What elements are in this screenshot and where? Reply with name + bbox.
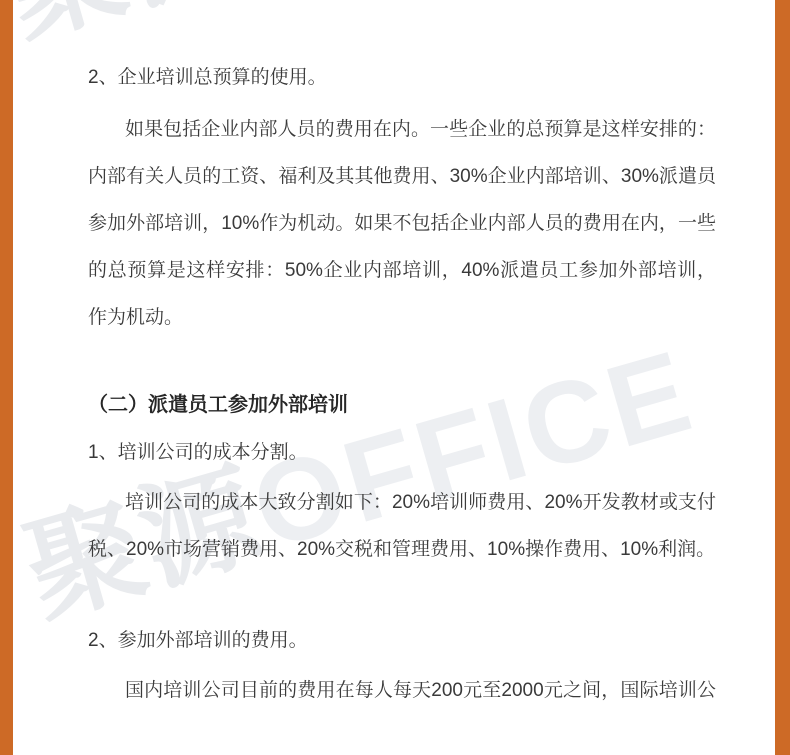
paragraph-line: 培训公司的成本大致分割如下：20%培训师费用、20%开发教材或支付版 <box>88 479 716 526</box>
section2-sub1-paragraph: 培训公司的成本大致分割如下：20%培训师费用、20%开发教材或支付版 税、20%… <box>88 479 716 573</box>
document-content: 2、企业培训总预算的使用。 如果包括企业内部人员的费用在内。一些企业的总预算是这… <box>88 66 716 714</box>
paragraph-line: 内部有关人员的工资、福利及其其他费用、30%企业内部培训、30%派遣员工 <box>88 153 716 200</box>
right-page-border <box>775 0 790 755</box>
left-page-border <box>0 0 13 755</box>
paragraph-line: 作为机动。 <box>88 294 716 341</box>
paragraph-line: 的总预算是这样安排：50%企业内部培训，40%派遣员工参加外部培训，10% <box>88 247 716 294</box>
section1-heading: 2、企业培训总预算的使用。 <box>88 66 716 90</box>
paragraph-line: 如果包括企业内部人员的费用在内。一些企业的总预算是这样安排的：30% <box>88 106 716 153</box>
document-page: 聚源OFFICE 聚源OFFICE 2、企业培训总预算的使用。 如果包括企业内部… <box>0 0 790 755</box>
section2-sub2-paragraph: 国内培训公司目前的费用在每人每天200元至2000元之间，国际培训公司目 <box>88 667 716 714</box>
paragraph-line: 参加外部培训，10%作为机动。如果不包括企业内部人员的费用在内，一些企业 <box>88 200 716 247</box>
section2-heading: （二）派遣员工参加外部培训 <box>88 392 716 418</box>
section1-paragraph: 如果包括企业内部人员的费用在内。一些企业的总预算是这样安排的：30% 内部有关人… <box>88 106 716 341</box>
watermark-top-fragment: 聚源OFFICE <box>0 0 685 52</box>
paragraph-line: 税、20%市场营销费用、20%交税和管理费用、10%操作费用、10%利润。 <box>88 526 716 573</box>
paragraph-line: 国内培训公司目前的费用在每人每天200元至2000元之间，国际培训公司目 <box>88 667 716 714</box>
section2-sub2-heading: 2、参加外部培训的费用。 <box>88 629 716 653</box>
section2-sub1-heading: 1、培训公司的成本分割。 <box>88 441 716 465</box>
watermark-cn-text: 聚源 <box>0 0 255 59</box>
